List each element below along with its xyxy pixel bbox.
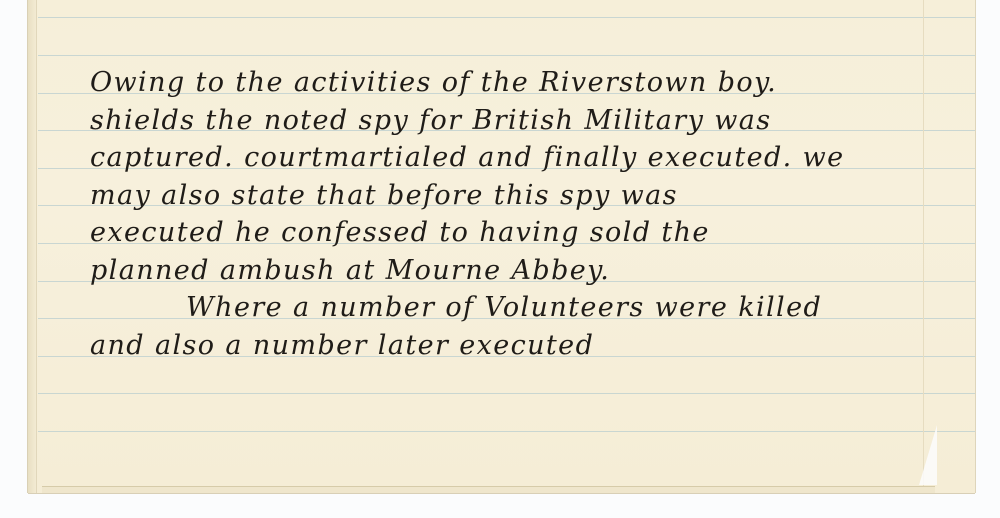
handwritten-line-6: planned ambush at Mourne Abbey. <box>90 252 970 290</box>
torn-corner <box>919 425 937 485</box>
handwritten-line-5: executed he confessed to having sold the <box>90 214 970 252</box>
ruled-line <box>38 393 975 394</box>
ruled-line <box>38 55 975 56</box>
handwritten-line-2: shields the noted spy for British Milita… <box>90 102 970 140</box>
scanned-page: Owing to the activities of the Riverstow… <box>0 0 1000 518</box>
ruled-paper-sheet: Owing to the activities of the Riverstow… <box>28 0 975 493</box>
ruled-line <box>38 17 975 18</box>
handwritten-line-7: Where a number of Volunteers were killed <box>90 289 970 327</box>
handwritten-line-4: may also state that before this spy was <box>90 177 970 215</box>
handwritten-text: Owing to the activities of the Riverstow… <box>90 64 970 364</box>
handwritten-line-8: and also a number later executed <box>90 327 970 365</box>
handwritten-line-3: captured. courtmartialed and finally exe… <box>90 139 970 177</box>
handwritten-line-1: Owing to the activities of the Riverstow… <box>90 64 970 102</box>
ruled-line <box>38 431 975 432</box>
